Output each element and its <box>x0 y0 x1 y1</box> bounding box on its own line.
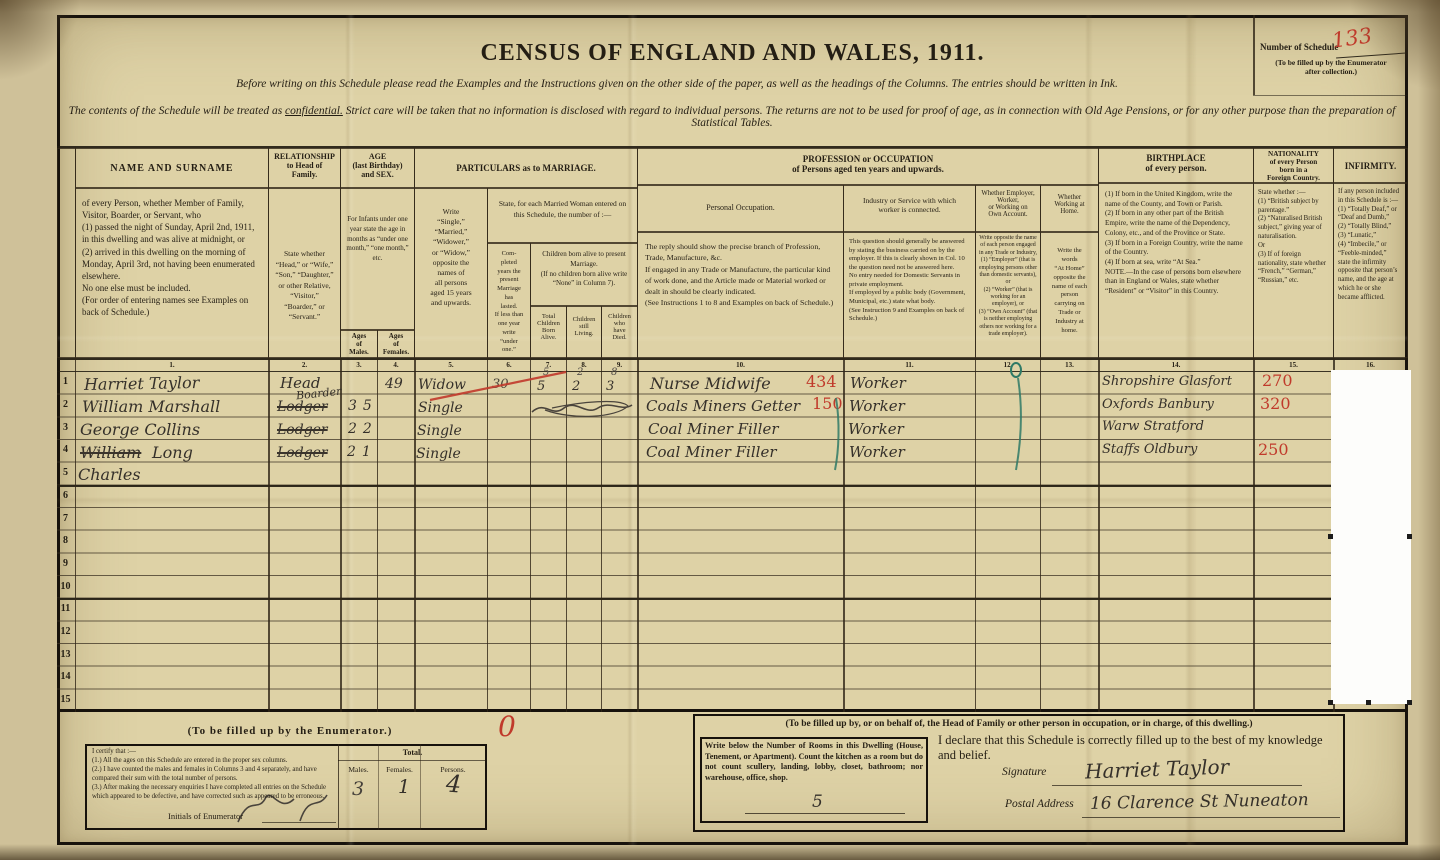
initials-underline <box>262 822 336 823</box>
col-number: 5. <box>414 361 488 369</box>
row-number: 6 <box>57 490 74 501</box>
col10-body: The reply should show the precise branch… <box>637 232 844 358</box>
grid-vline <box>487 358 488 712</box>
postal-address-line <box>1082 817 1340 818</box>
col12-head: Whether Employer, Worker, or Working on … <box>975 185 1041 232</box>
col5-body: Write “Single,” “Married,” “Widower,” or… <box>414 188 488 358</box>
entry-birthplace: Warw Stratford <box>1102 419 1204 434</box>
pencil-children-born: 5 <box>543 367 549 378</box>
grid-vline <box>843 358 845 712</box>
col16-title: INFIRMITY. <box>1333 148 1408 183</box>
totals-divider-2 <box>420 744 421 830</box>
column-number-strip: 1. 2. 3. 4. 5. 6. 7. 8. 9. 10. 11. 12. 1… <box>57 358 1408 372</box>
grid-vline <box>340 358 342 712</box>
row-number: 3 <box>57 422 74 433</box>
postal-address-label: Postal Address <box>1005 798 1074 810</box>
postal-address-value: 16 Clarence St Nuneaton <box>1090 790 1309 814</box>
schedule-number-label: Number of Schedule <box>1260 42 1338 52</box>
grid-vline <box>637 358 639 712</box>
profession-group-title: PROFESSION or OCCUPATION of Persons aged… <box>637 148 1099 185</box>
row5-divider <box>57 485 1408 487</box>
total-rule <box>338 760 487 761</box>
entry-children-born: 5 <box>537 379 545 394</box>
col7-head: Total Children Born Alive. <box>530 306 567 358</box>
col-number: 4. <box>377 361 415 369</box>
col-number: 6. <box>487 361 531 369</box>
rooms-note: Write below the Number of Rooms in this … <box>705 741 923 784</box>
birthplace-code: 250 <box>1258 440 1289 459</box>
instruction-2-pre: The contents of the Schedule will be tre… <box>69 105 285 117</box>
entry-birthplace: Shropshire Glasfort <box>1102 374 1232 389</box>
totals-divider-1 <box>378 744 379 830</box>
col-number: 8. <box>566 361 602 369</box>
row-number: 1 <box>57 376 74 387</box>
col-number: 11. <box>843 361 976 369</box>
entry-marriage: Single <box>417 423 462 439</box>
entry-name: George Collins <box>80 420 200 439</box>
col13-body: Write the words “At Home” opposite the n… <box>1040 232 1099 358</box>
row-number: 5 <box>57 467 74 478</box>
row10-divider <box>57 598 1408 600</box>
total-males-value: 3 <box>352 778 364 800</box>
entry-age-male: 21 <box>347 444 377 460</box>
rooms-underline <box>745 813 905 814</box>
grid-vline <box>75 358 76 712</box>
enumerator-heading: (To be filled up by the Enumerator.) <box>90 725 490 737</box>
entry-employer: Worker <box>848 420 904 438</box>
total-persons-value: 4 <box>445 770 462 799</box>
redaction-handle <box>1407 534 1412 539</box>
entry-children-died: 3 <box>606 379 614 394</box>
occupation-code: 434 <box>806 372 837 391</box>
redaction-handle <box>1366 700 1371 705</box>
enumerator-certify-text: I certify that :— (1.) All the ages on t… <box>92 748 334 802</box>
grid-vline <box>566 358 567 712</box>
schedule-box-left-border <box>1253 15 1255 95</box>
occupation-code: 150 <box>812 394 843 413</box>
ages-males-header: Ages of Males. <box>340 330 378 358</box>
row-number: 7 <box>57 513 74 524</box>
marriage-group-title: PARTICULARS as to MARRIAGE. <box>414 148 638 188</box>
col8-head: Children still Living. <box>566 306 602 358</box>
grid-vline <box>1098 358 1100 712</box>
entry-relationship: Lodger <box>277 445 328 461</box>
col14-title: BIRTHPLACE of every person. <box>1098 148 1254 183</box>
age-infants-note: For Infants under one year state the age… <box>340 188 415 330</box>
grid-vline <box>530 358 531 712</box>
col9-head: Children who have Died. <box>601 306 638 358</box>
ages-females-header: Ages of Females. <box>377 330 415 358</box>
instruction-line-2: The contents of the Schedule will be tre… <box>67 105 1397 129</box>
grid-vline <box>414 358 416 712</box>
col15-title: NATIONALITY of every Person born in a Fo… <box>1253 148 1334 183</box>
entry-occupation: Coal Miner Filler <box>646 443 777 461</box>
entry-years-married: 30 <box>492 377 509 392</box>
col10-head: Personal Occupation. <box>637 185 844 232</box>
instruction-2-underlined: confidential. <box>285 105 343 117</box>
signature-value: Harriet Taylor <box>1085 754 1230 783</box>
entry-occupation: Nurse Midwife <box>650 374 771 393</box>
col2-body: State whether “Head,” or “Wife,” “Son,” … <box>268 188 341 358</box>
col-number: 12. <box>975 361 1041 369</box>
red-zero-mark: 0 <box>498 710 516 743</box>
entry-name: William Marshall <box>82 397 220 416</box>
entry-relationship: Lodger <box>277 422 328 438</box>
entry-birthplace: Staffs Oldbury <box>1102 442 1197 457</box>
redaction-block <box>1331 370 1411 704</box>
entry-marriage: Single <box>418 400 463 416</box>
females-label: Females. <box>379 765 420 774</box>
col-number: 15. <box>1253 361 1334 369</box>
row-number: 12 <box>57 626 74 637</box>
schedule-box-bottom-border <box>1253 95 1408 96</box>
instruction-2-post: Strict care will be taken that no inform… <box>343 105 1396 129</box>
col-number: 2. <box>268 361 341 369</box>
signature-line <box>1052 785 1302 786</box>
col-number: 14. <box>1098 361 1254 369</box>
total-females-value: 1 <box>398 776 410 798</box>
form-title: CENSUS OF ENGLAND AND WALES, 1911. <box>57 40 1408 67</box>
col-number: 3. <box>340 361 378 369</box>
redaction-handle <box>1328 700 1333 705</box>
married-woman-note: State, for each Married Woman entered on… <box>487 188 638 243</box>
grid-vline <box>1040 358 1041 712</box>
entry-marriage: Widow <box>418 377 466 393</box>
entry-employer: Worker <box>849 397 905 415</box>
col-number: 13. <box>1040 361 1099 369</box>
schedule-box-note: (To be filled up by the Enumerator after… <box>1256 58 1406 76</box>
col2-title: RELATIONSHIP to Head of Family. <box>268 148 341 188</box>
entry-name: Long <box>152 443 193 462</box>
grid-vline <box>1253 358 1255 712</box>
signature-label: Signature <box>1002 766 1046 778</box>
instruction-line-1: Before writing on this Schedule please r… <box>87 78 1267 90</box>
children-note: Children born alive to present Marriage.… <box>530 243 638 306</box>
row-number: 15 <box>57 694 74 705</box>
col13-head: Whether Working at Home. <box>1040 185 1099 232</box>
rooms-value: 5 <box>812 792 823 812</box>
col-number: 10. <box>637 361 844 369</box>
birthplace-code: 320 <box>1260 394 1291 413</box>
col-number: 16. <box>1333 361 1408 369</box>
entry-employer: Worker <box>849 443 905 461</box>
redaction-handle <box>1407 700 1412 705</box>
entry-marriage: Single <box>416 446 461 462</box>
col12-body: Write opposite the name of each person e… <box>975 232 1041 358</box>
row-number: 13 <box>57 649 74 660</box>
row-number: 11 <box>57 603 74 614</box>
entry-name: Charles <box>78 465 141 484</box>
age-group-title: AGE (last Birthday) and SEX. <box>340 148 415 188</box>
col-number: 1. <box>75 361 269 369</box>
col11-head: Industry or Service with which worker is… <box>843 185 976 232</box>
entry-age-female: 49 <box>385 376 403 392</box>
total-label: Total. <box>338 748 487 757</box>
pencil-children-died: 8 <box>611 367 617 378</box>
col14-body: (1) If born in the United Kingdom, write… <box>1098 183 1254 358</box>
household-heading: (To be filled up by, or on behalf of, th… <box>700 719 1338 729</box>
row-number: 9 <box>57 558 74 569</box>
row-number: 4 <box>57 444 74 455</box>
entry-relationship: Lodger <box>277 399 328 415</box>
form-header: CENSUS OF ENGLAND AND WALES, 1911. Befor… <box>57 15 1408 148</box>
grid-vline <box>601 358 602 712</box>
row-number-column-header <box>57 148 76 358</box>
entry-birthplace: Oxfords Banbury <box>1102 397 1214 412</box>
entry-occupation: Coal Miner Filler <box>648 420 779 438</box>
males-label: Males. <box>339 765 378 774</box>
col15-body: State whether :— (1) “British subject by… <box>1253 183 1334 358</box>
col-number: 9. <box>601 361 638 369</box>
col16-body: If any person included in this Schedule … <box>1333 183 1408 358</box>
grid-vline <box>268 358 270 712</box>
entry-age-male: 35 <box>348 398 378 414</box>
entry-employer: Worker <box>850 374 906 392</box>
col11-body: This question should generally be answer… <box>843 232 976 358</box>
entry-children-living: 2 <box>572 379 580 394</box>
birthplace-code: 270 <box>1262 371 1293 390</box>
row-number: 8 <box>57 535 74 546</box>
grid-vline <box>975 358 976 712</box>
col6-body: Com- pleted years the present Marriage h… <box>487 243 531 358</box>
row-number: 10 <box>57 581 74 592</box>
col1-body: of every Person, whether Member of Famil… <box>75 188 269 358</box>
pencil-children-living: 2 <box>577 367 583 378</box>
entry-age-male: 22 <box>348 421 378 437</box>
entry-occupation: Coals Miners Getter <box>646 397 800 415</box>
col1-title: NAME AND SURNAME <box>75 148 269 188</box>
row-number: 14 <box>57 671 74 682</box>
entry-name-struck: William <box>80 443 141 462</box>
redaction-handle <box>1328 534 1333 539</box>
entry-name: Harriet Taylor <box>84 373 200 394</box>
initials-label: Initials of Enumerator <box>168 811 243 821</box>
row-number: 2 <box>57 399 74 410</box>
